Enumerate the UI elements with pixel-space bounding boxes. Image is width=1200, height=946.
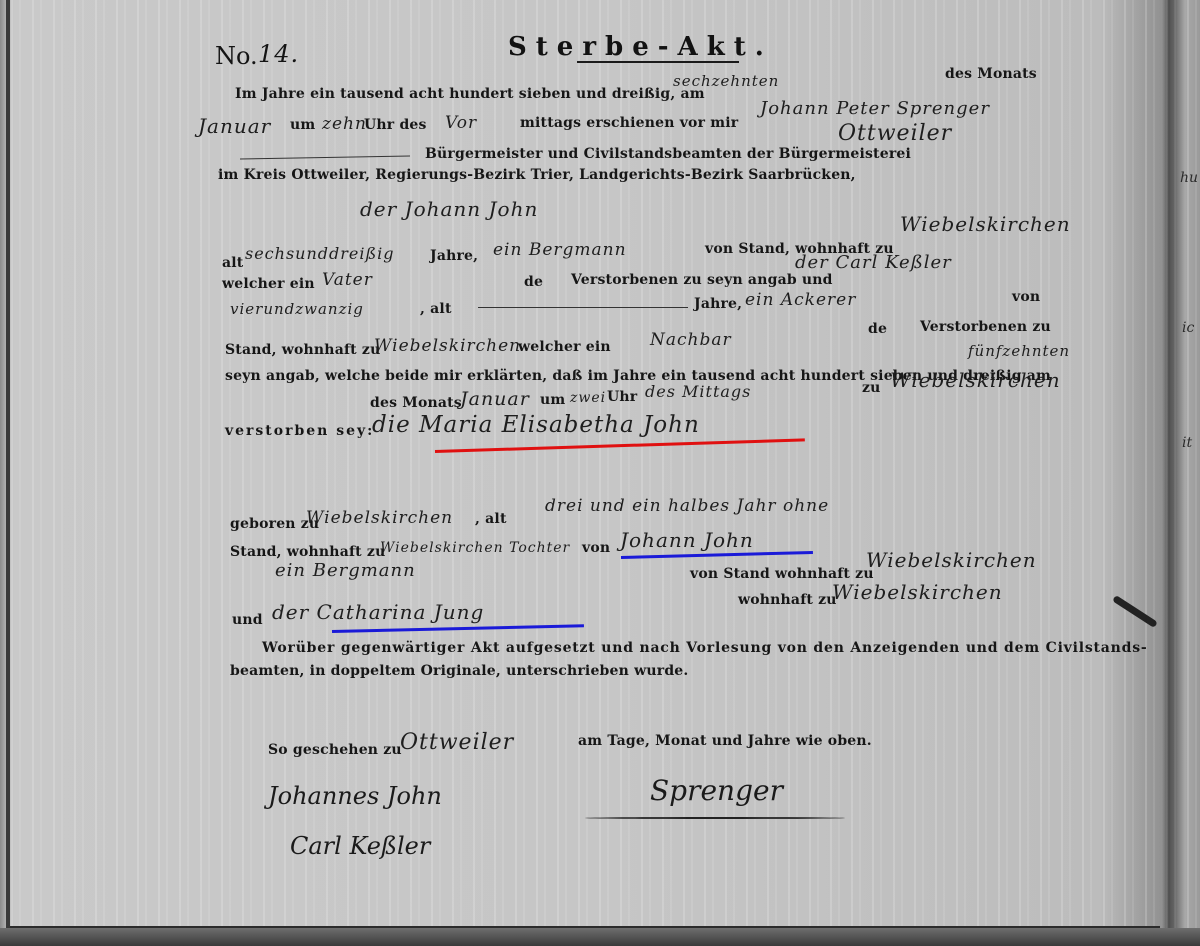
document-scan	[0, 0, 1200, 946]
printed-line-1: Im Jahre ein tausend acht hundert sieben…	[235, 86, 705, 102]
title-underline	[577, 61, 739, 63]
handwritten-declarant-1-relation: Vater	[322, 270, 373, 290]
printed-am-tage: am Tage, Monat und Jahre wie oben.	[578, 733, 872, 749]
signature-declarant-2: Carl Keßler	[290, 832, 430, 860]
printed-alt: alt	[222, 255, 243, 271]
handwritten-father-residence: Wiebelskirchen	[866, 548, 1037, 572]
printed-de-2: de	[868, 321, 887, 337]
printed-des-monats: des Monats	[945, 66, 1037, 82]
printed-de: de	[524, 274, 543, 290]
handwritten-deceased-residence: Wiebelskirchen Tochter	[380, 540, 570, 556]
handwritten-mother-residence: Wiebelskirchen	[832, 580, 1003, 604]
printed-jahre: Jahre,	[430, 248, 478, 264]
margin-fragment-1: hu	[1180, 170, 1198, 186]
printed-verstorben-sey: verstorben sey:	[225, 423, 374, 439]
handwritten-mayoralty: Ottweiler	[838, 121, 952, 146]
printed-uhr-des: Uhr des	[364, 117, 427, 133]
handwritten-death-period: des Mittags	[645, 382, 751, 401]
printed-line-17: Worüber gegenwärtiger Akt aufgesetzt und…	[262, 640, 1148, 656]
margin-fragment-3: it	[1182, 435, 1192, 451]
handwritten-day: sechzehnten	[673, 72, 779, 90]
handwritten-declarant-2-residence: Wiebelskirchen	[374, 336, 521, 356]
printed-des-monats-2: des Monats	[370, 395, 462, 411]
handwritten-death-hour: zwei	[570, 390, 606, 406]
printed-alt-2: , alt	[420, 301, 452, 317]
handwritten-declarant-2: der Carl Keßler	[795, 252, 952, 273]
handwritten-declarant-2-relation: Nachbar	[650, 330, 732, 350]
document-title: Sterbe-Akt.	[508, 32, 773, 62]
handwritten-official: Johann Peter Sprenger	[760, 98, 990, 119]
printed-wohnhaft-zu: wohnhaft zu	[738, 592, 837, 608]
handwritten-mother-name: der Catharina Jung	[272, 600, 484, 624]
printed-stand-wohnhaft: Stand, wohnhaft zu	[225, 342, 380, 358]
printed-mittags: mittags erschienen vor mir	[520, 115, 738, 131]
blank-line	[478, 307, 688, 308]
printed-verstorbenen-angab: Verstorbenen zu seyn angab und	[571, 272, 833, 288]
record-number-label: No.	[215, 42, 258, 70]
handwritten-month: Januar	[198, 114, 271, 138]
handwritten-declarant-1-residence: Wiebelskirchen	[900, 212, 1071, 236]
printed-zu: zu	[862, 380, 881, 396]
printed-line-18: beamten, in doppeltem Originale, untersc…	[230, 663, 689, 679]
book-gutter	[1162, 0, 1176, 946]
handwritten-deceased-name: die Maria Elisabetha John	[372, 412, 700, 438]
printed-jahre-2: Jahre,	[694, 296, 742, 312]
handwritten-hour: zehn	[322, 114, 367, 134]
handwritten-death-day-a: fünfzehnten	[968, 342, 1070, 360]
handwritten-death-month: Januar	[460, 388, 530, 410]
handwritten-declarant-1: der Johann John	[360, 197, 538, 221]
handwritten-father-occupation: ein Bergmann	[275, 560, 416, 581]
handwritten-signing-place: Ottweiler	[400, 730, 514, 755]
handwritten-declarant-2-age: vierundzwanzig	[230, 300, 364, 318]
handwritten-period: Vor	[445, 113, 477, 133]
printed-um: um	[290, 117, 315, 133]
handwritten-deceased-age: drei und ein halbes Jahr ohne	[545, 496, 829, 516]
printed-line-3: Bürgermeister und Civilstandsbeamten der…	[425, 146, 911, 162]
printed-alt-3: , alt	[475, 511, 507, 527]
printed-line-4: im Kreis Ottweiler, Regierungs-Bezirk Tr…	[218, 167, 856, 183]
book-bottom-edge	[0, 928, 1200, 946]
printed-so-geschehen: So geschehen zu	[268, 742, 402, 758]
handwritten-declarant-1-age: sechsunddreißig	[245, 244, 395, 263]
handwritten-declarant-2-occupation: ein Ackerer	[745, 290, 856, 310]
printed-um-2: um	[540, 392, 565, 408]
handwritten-declarant-1-occupation: ein Bergmann	[493, 240, 627, 260]
handwritten-birth-place: Wiebelskirchen	[306, 508, 453, 528]
printed-von-2: von	[582, 540, 610, 556]
printed-welcher-ein: welcher ein	[222, 276, 315, 292]
page-left-edge	[6, 0, 10, 946]
printed-von: von	[1012, 289, 1040, 305]
record-number: 14.	[258, 40, 299, 68]
printed-verstorbenen-zu: Verstorbenen zu	[920, 319, 1051, 335]
printed-stand-wohnhaft-2: Stand, wohnhaft zu	[230, 544, 385, 560]
signature-official: Sprenger	[650, 774, 783, 807]
signature-declarant-1: Johannes John	[268, 782, 442, 810]
printed-welcher-ein-2: welcher ein	[518, 339, 611, 355]
signature-flourish	[585, 817, 845, 819]
printed-uhr: Uhr	[607, 389, 637, 405]
margin-fragment-2: ic	[1182, 320, 1194, 336]
printed-und: und	[232, 612, 263, 628]
handwritten-death-place: Wiebelskirchen	[890, 368, 1061, 392]
handwritten-father-name: Johann John	[620, 528, 754, 552]
